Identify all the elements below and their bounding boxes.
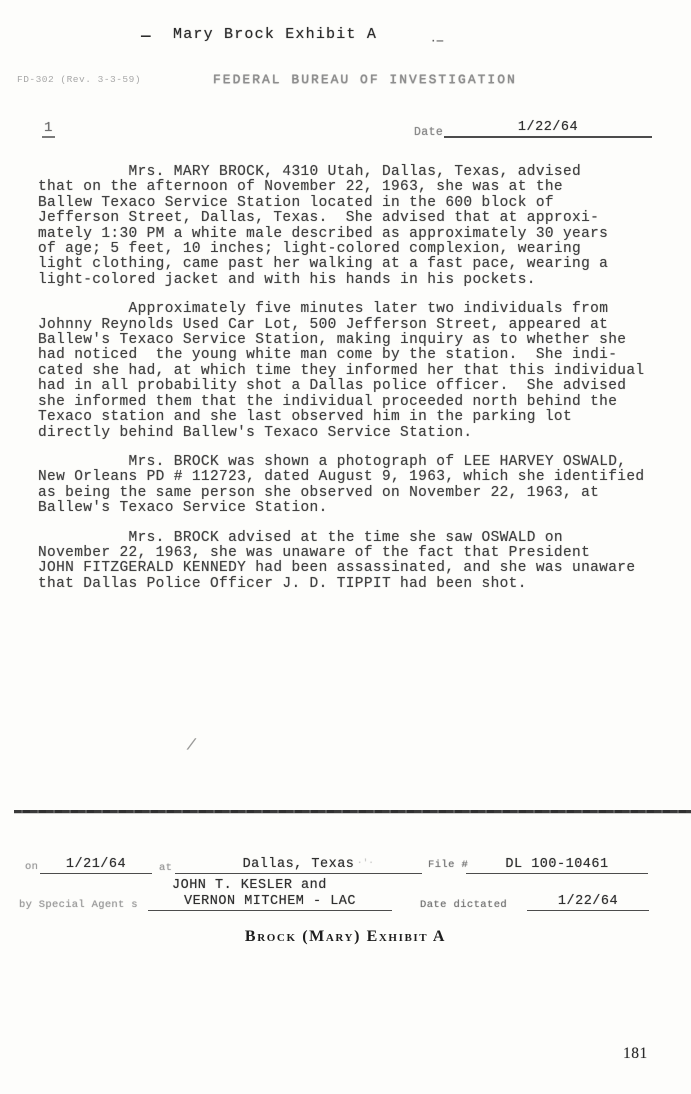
file-value: DL 100-10461: [466, 857, 648, 874]
exhibit-caption: Brock (Mary) Exhibit A: [0, 928, 691, 946]
agent-name-line2: VERNON MITCHEM - LAC: [148, 894, 392, 911]
paragraph-4: Mrs. BROCK advised at the time she saw O…: [38, 531, 680, 593]
agent-name-line1: JOHN T. KESLER and: [172, 878, 327, 893]
file-label: File #: [428, 859, 468, 871]
page-number: 181: [623, 1045, 648, 1063]
date-dictated-label: Date dictated: [420, 899, 507, 911]
faint-scan-mark: ·'·: [357, 858, 374, 868]
paragraph-2: Approximately five minutes later two ind…: [38, 302, 680, 441]
on-label: on: [25, 861, 38, 873]
at-label: at: [159, 862, 172, 874]
page-marker: 1: [42, 120, 55, 138]
form-id: FD-302 (Rev. 3-3-59): [17, 74, 141, 85]
heading-dash-left: —: [141, 27, 151, 45]
stray-mark: /: [185, 736, 198, 756]
paragraph-3: Mrs. BROCK was shown a photograph of LEE…: [38, 455, 680, 517]
document-page: — Mary Brock Exhibit A ·— FD-302 (Rev. 3…: [0, 0, 691, 1094]
footer-divider: [14, 810, 691, 813]
agency-title: FEDERAL BUREAU OF INVESTIGATION: [213, 72, 517, 87]
report-body: Mrs. MARY BROCK, 4310 Utah, Dallas, Texa…: [38, 165, 680, 606]
on-value: 1/21/64: [40, 857, 152, 874]
exhibit-title: Mary Brock Exhibit A: [173, 26, 377, 43]
date-label: Date: [414, 126, 443, 139]
date-value: 1/22/64: [444, 120, 652, 138]
special-agent-label: by Special Agent s: [19, 899, 138, 911]
date-dictated-value: 1/22/64: [527, 894, 649, 911]
paragraph-1: Mrs. MARY BROCK, 4310 Utah, Dallas, Texa…: [38, 165, 680, 288]
at-value: Dallas, Texas: [175, 857, 422, 874]
heading-dash-right: ·—: [430, 36, 443, 48]
